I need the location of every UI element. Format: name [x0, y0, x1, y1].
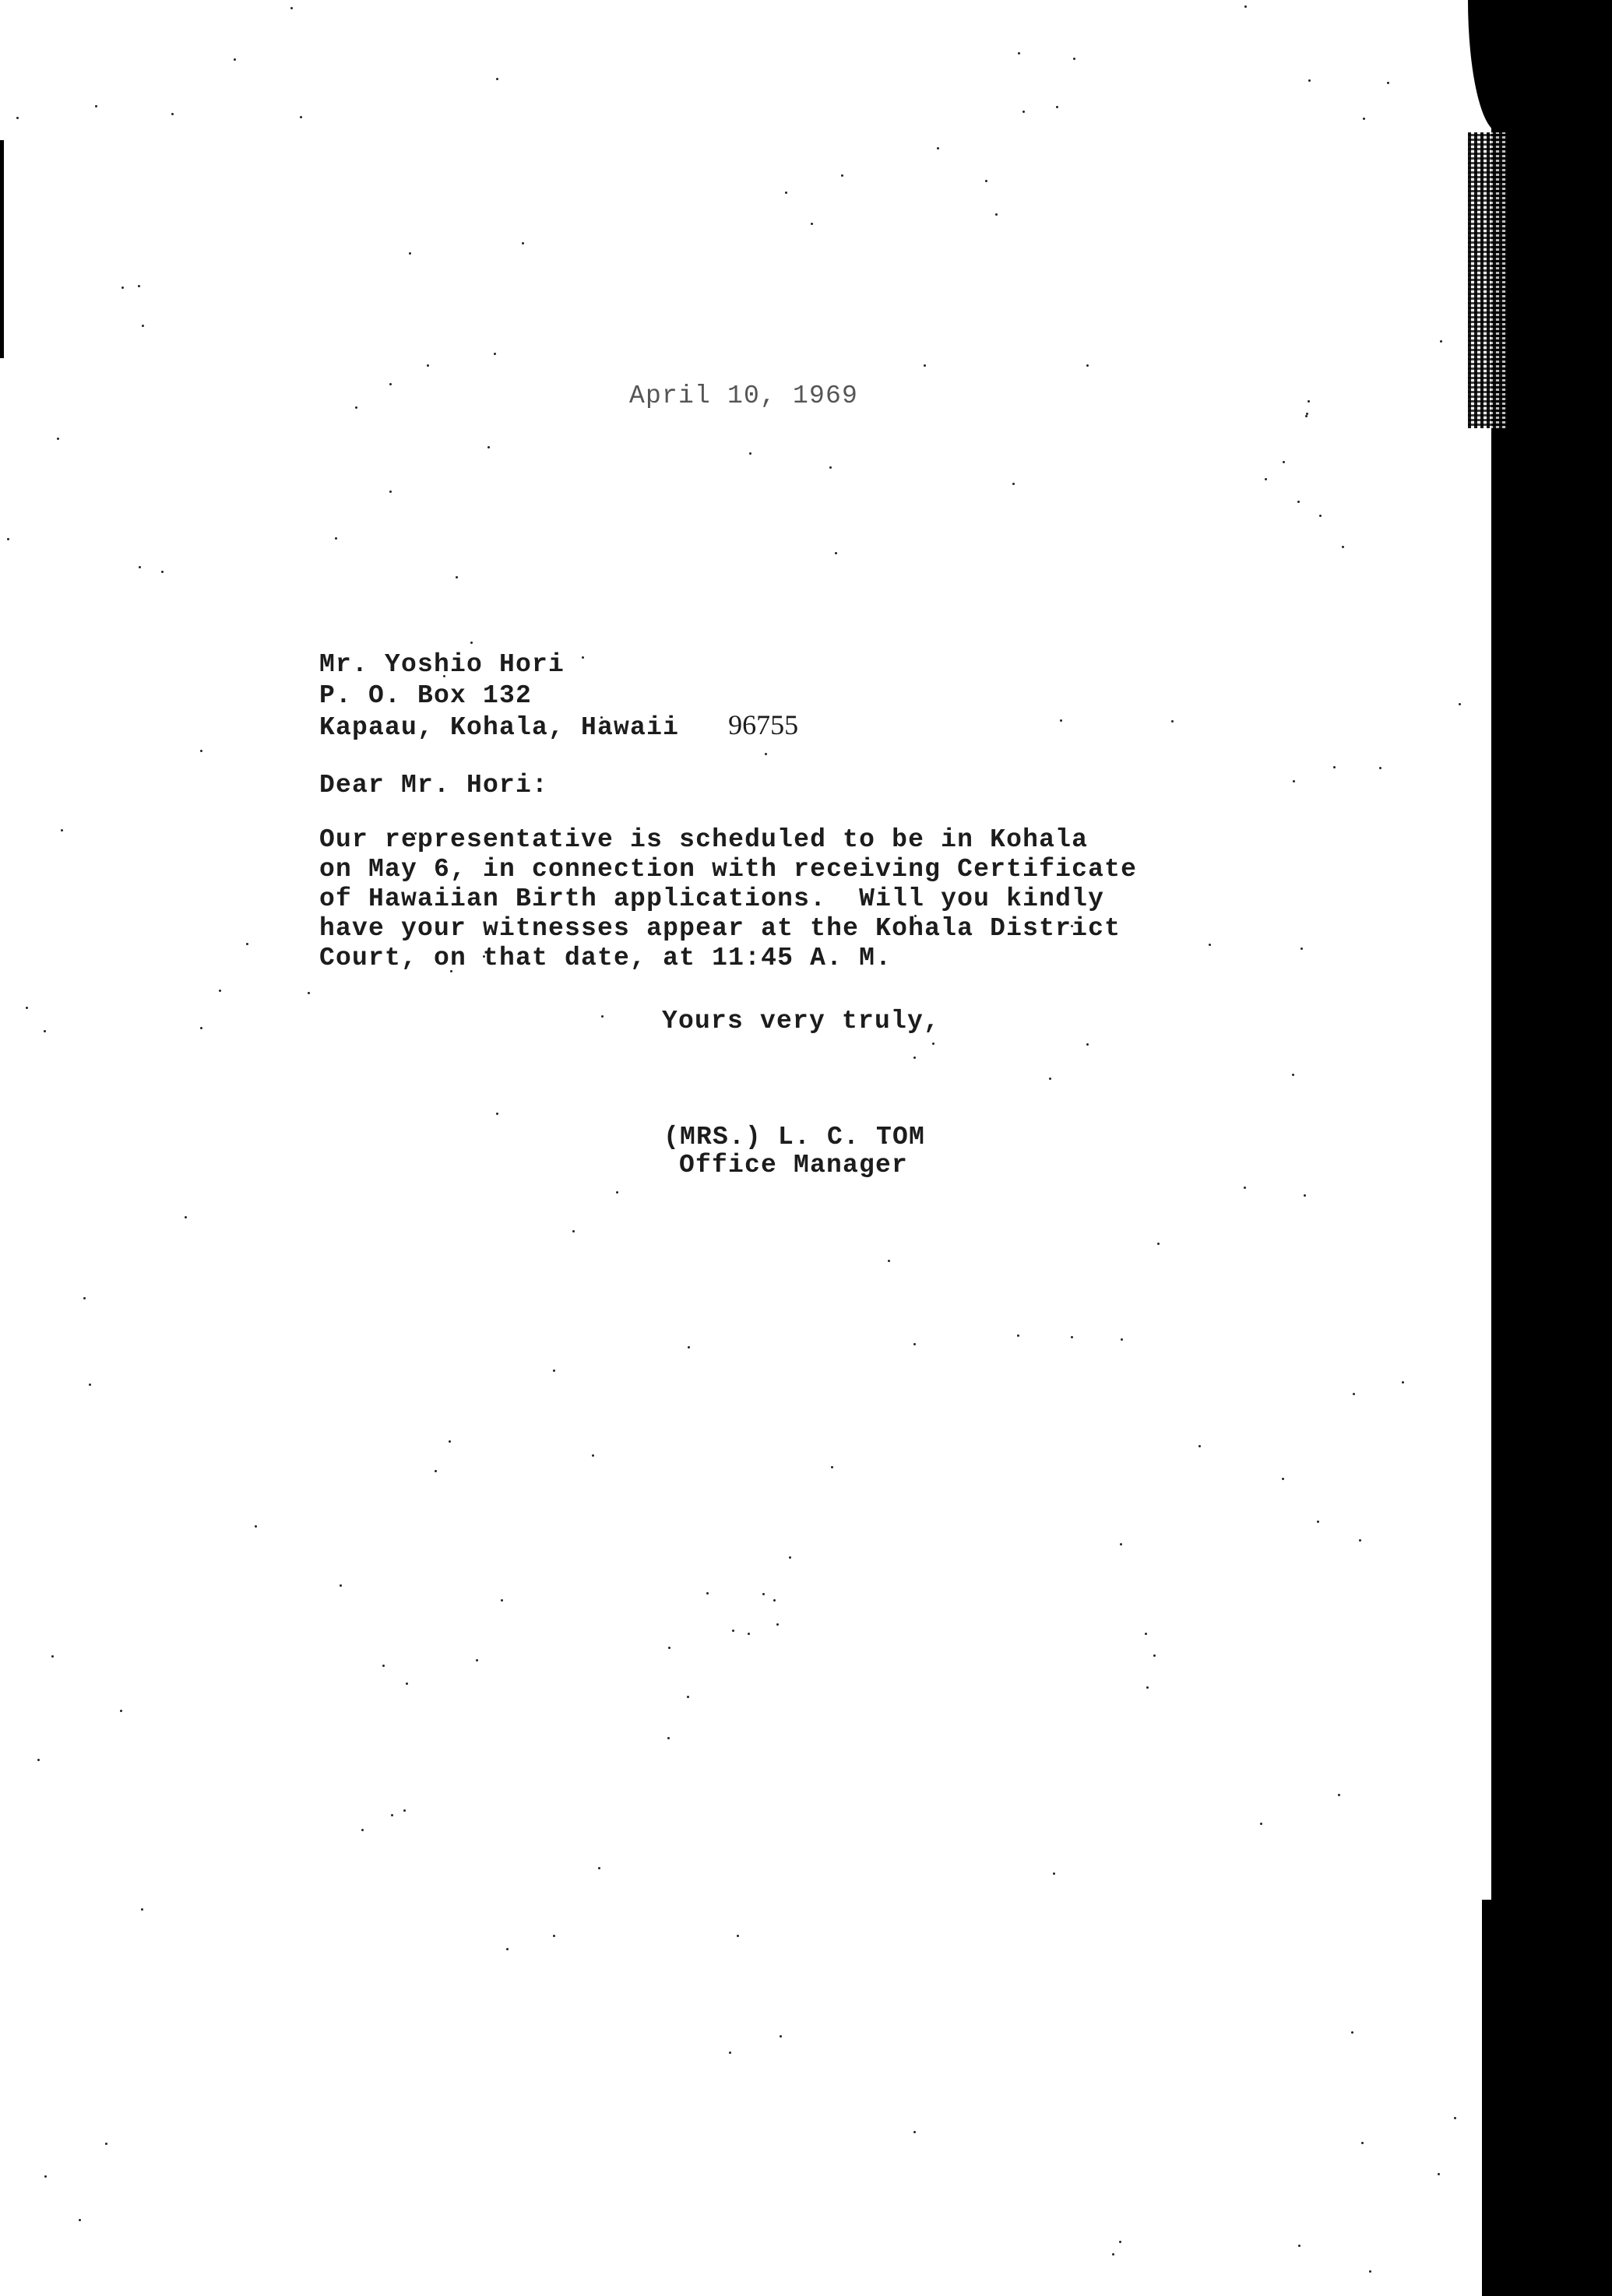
scan-speck	[450, 970, 452, 972]
scan-speck	[1438, 2173, 1440, 2175]
body-line: of Hawaiian Birth applications. Will you…	[319, 884, 1104, 914]
scan-speck	[1244, 5, 1247, 8]
scan-speck	[600, 716, 603, 719]
scan-speck	[496, 78, 498, 80]
scan-speck	[51, 1655, 54, 1658]
scan-speck	[737, 1935, 739, 1937]
scan-speck	[1153, 1654, 1156, 1657]
scanned-letter-page: April 10, 1969 Mr. Yoshio Hori P. O. Box…	[0, 0, 1612, 2296]
scan-speck	[572, 1230, 575, 1232]
body-line: have your witnesses appear at the Kohala…	[319, 914, 1121, 944]
scan-speck	[1402, 1381, 1404, 1384]
scan-speck	[835, 552, 837, 554]
scan-speck	[37, 1759, 40, 1761]
scan-speck	[414, 832, 417, 835]
scan-speck	[1260, 1823, 1262, 1825]
scan-speck	[1157, 1243, 1160, 1245]
scan-speck	[765, 753, 767, 755]
scan-speck	[1171, 720, 1174, 723]
recipient-address-line-1: P. O. Box 132	[319, 681, 532, 711]
scan-speck	[1073, 58, 1075, 60]
scan-speck	[1379, 767, 1381, 769]
scan-speck	[1282, 1478, 1284, 1480]
scan-speck	[161, 571, 164, 573]
body-line: Our representative is scheduled to be in…	[319, 825, 1088, 855]
scan-edge-right	[1491, 0, 1612, 2296]
scan-speck	[1338, 1794, 1340, 1796]
scan-speck	[1353, 1393, 1355, 1395]
recipient-zip: 96755	[728, 709, 798, 740]
scan-speck	[985, 180, 987, 182]
scan-speck	[449, 1440, 451, 1443]
scan-speck	[79, 2219, 81, 2221]
scan-speck	[171, 113, 174, 115]
scan-edge-left	[0, 140, 4, 358]
scan-speck	[355, 406, 357, 409]
scan-speck	[995, 213, 998, 216]
scan-speck	[553, 1935, 555, 1937]
scan-edge-noise-overlay	[1468, 132, 1507, 428]
scan-speck	[688, 1346, 690, 1348]
scan-speck	[789, 1556, 791, 1559]
scan-speck	[1060, 719, 1062, 722]
scan-speck	[255, 1525, 257, 1528]
scan-speck	[1018, 52, 1020, 54]
scan-speck	[913, 1343, 916, 1345]
scan-speck	[200, 1027, 202, 1029]
scan-speck	[1292, 1074, 1294, 1076]
scan-speck	[1244, 1187, 1246, 1189]
scan-speck	[937, 147, 939, 149]
scan-speck	[1440, 340, 1442, 343]
scan-speck	[139, 566, 141, 568]
scan-speck	[1265, 478, 1267, 480]
scan-speck	[913, 2131, 916, 2133]
scan-speck	[924, 364, 926, 367]
scan-speck	[476, 1659, 478, 1661]
scan-speck	[141, 1908, 143, 1911]
closing: Yours very truly,	[662, 1007, 940, 1036]
scan-speck	[888, 1260, 890, 1262]
scan-speck	[1297, 501, 1300, 503]
scan-speck	[483, 955, 485, 958]
scan-speck	[494, 353, 496, 355]
scan-speck	[501, 1599, 503, 1602]
scan-speck	[687, 1696, 689, 1698]
scan-speck	[773, 1599, 776, 1602]
scan-speck	[668, 1647, 670, 1649]
scan-speck	[200, 750, 202, 752]
scan-speck	[496, 1113, 498, 1115]
scan-speck	[1308, 79, 1311, 82]
scan-speck	[89, 1384, 91, 1386]
scan-speck	[762, 1593, 765, 1595]
scan-speck	[16, 117, 19, 119]
scan-speck	[729, 2052, 731, 2054]
scan-speck	[290, 7, 293, 9]
scan-speck	[300, 116, 302, 118]
scan-speck	[443, 675, 445, 677]
scan-edge-curve	[1468, 0, 1499, 132]
scan-speck	[391, 1814, 393, 1816]
scan-speck	[1387, 82, 1389, 84]
scan-speck	[185, 1216, 187, 1218]
scan-speck	[932, 1043, 934, 1045]
scan-speck	[582, 656, 584, 659]
scan-speck	[138, 285, 140, 287]
scan-speck	[308, 992, 310, 994]
scan-speck	[487, 446, 490, 448]
scan-speck	[1333, 766, 1336, 768]
scan-speck	[1086, 1043, 1089, 1046]
scan-speck	[234, 58, 236, 61]
salutation: Dear Mr. Hori:	[319, 771, 548, 800]
scan-speck	[749, 452, 751, 455]
scan-speck	[456, 576, 458, 578]
scan-speck	[1305, 415, 1308, 417]
scan-speck	[435, 1470, 437, 1472]
scan-speck	[335, 537, 337, 540]
scan-speck	[1351, 2031, 1353, 2034]
scan-speck	[470, 642, 473, 644]
scan-speck	[667, 1737, 670, 1739]
scan-speck	[1146, 1686, 1149, 1689]
scan-speck	[409, 252, 411, 255]
scan-speck	[61, 829, 63, 832]
scan-speck	[1454, 2117, 1456, 2119]
scan-speck	[389, 383, 392, 385]
scan-speck	[706, 1592, 709, 1595]
scan-speck	[1308, 400, 1310, 403]
scan-speck	[1017, 1334, 1019, 1337]
scan-speck	[120, 1710, 122, 1712]
scan-speck	[427, 364, 429, 367]
scan-speck	[1301, 948, 1303, 950]
scan-speck	[601, 1015, 604, 1018]
scan-speck	[1198, 1445, 1201, 1447]
scan-speck	[7, 538, 9, 540]
scan-speck	[598, 1867, 600, 1869]
scan-speck	[1049, 1078, 1051, 1080]
scan-speck	[1283, 461, 1285, 463]
scan-speck	[1120, 1543, 1122, 1545]
scan-speck	[885, 1141, 887, 1144]
scan-speck	[829, 466, 832, 469]
scan-speck	[121, 287, 124, 289]
scan-speck	[1145, 1633, 1147, 1635]
scan-speck	[1361, 2142, 1364, 2144]
scan-speck	[785, 192, 787, 194]
scan-speck	[1293, 780, 1295, 782]
scan-speck	[95, 105, 97, 107]
scan-speck	[780, 2035, 782, 2038]
scan-speck	[522, 242, 524, 244]
scan-speck	[1056, 106, 1058, 108]
scan-speck	[776, 1623, 779, 1626]
recipient-name: Mr. Yoshio Hori	[319, 650, 565, 680]
scan-speck	[1359, 1539, 1361, 1542]
scan-speck	[616, 1191, 618, 1194]
scan-speck	[1459, 703, 1461, 705]
scan-speck	[389, 490, 392, 493]
scan-speck	[914, 915, 917, 917]
scan-speck	[1369, 2270, 1371, 2273]
scan-speck	[340, 1584, 342, 1587]
scan-speck	[748, 1633, 750, 1635]
scan-speck	[831, 1466, 833, 1468]
scan-speck	[1363, 118, 1365, 120]
scan-speck	[219, 990, 221, 992]
scan-speck	[1012, 483, 1015, 485]
scan-speck	[1304, 1194, 1306, 1197]
scan-speck	[1119, 2241, 1121, 2243]
scan-speck	[406, 1682, 408, 1685]
scan-speck	[913, 1057, 916, 1059]
recipient-address-line-2: Kapaau, Kohala, Hawaii 96755	[319, 710, 798, 743]
scan-speck	[1342, 546, 1344, 548]
scan-edge-lower	[1482, 1900, 1491, 2296]
scan-speck	[105, 2143, 107, 2145]
scan-speck	[83, 1297, 86, 1299]
scan-speck	[732, 1630, 734, 1632]
scan-speck	[1298, 2245, 1301, 2247]
scan-speck	[246, 943, 248, 945]
scan-speck	[1317, 1521, 1319, 1523]
scan-speck	[1209, 944, 1211, 946]
scan-speck	[361, 1829, 364, 1831]
scan-speck	[1071, 1336, 1073, 1338]
scan-speck	[403, 1809, 406, 1812]
signer-name: (MRS.) L. C. TOM	[663, 1123, 925, 1152]
scan-speck	[1319, 515, 1322, 517]
body-line: on May 6, in connection with receiving C…	[319, 855, 1137, 884]
scan-speck	[1071, 925, 1073, 927]
scan-speck	[44, 1030, 46, 1032]
scan-speck	[382, 1665, 385, 1667]
scan-speck	[1086, 364, 1089, 367]
scan-speck	[1306, 413, 1308, 415]
scan-speck	[506, 1948, 509, 1950]
signer-title: Office Manager	[679, 1151, 908, 1180]
scan-speck	[1053, 1872, 1055, 1875]
scan-speck	[1112, 2253, 1114, 2256]
letter-date: April 10, 1969	[629, 381, 858, 411]
scan-speck	[553, 1370, 555, 1372]
scan-speck	[142, 325, 144, 327]
scan-speck	[811, 223, 813, 225]
scan-speck	[1121, 1338, 1123, 1341]
scan-speck	[1022, 111, 1025, 113]
scan-speck	[26, 1007, 28, 1009]
recipient-city-state: Kapaau, Kohala, Hawaii	[319, 713, 679, 742]
scan-speck	[592, 1454, 594, 1457]
scan-speck	[44, 2175, 47, 2178]
scan-speck	[841, 174, 843, 177]
scan-speck	[57, 438, 59, 440]
body-line: Court, on that date, at 11:45 A. M.	[319, 944, 892, 973]
